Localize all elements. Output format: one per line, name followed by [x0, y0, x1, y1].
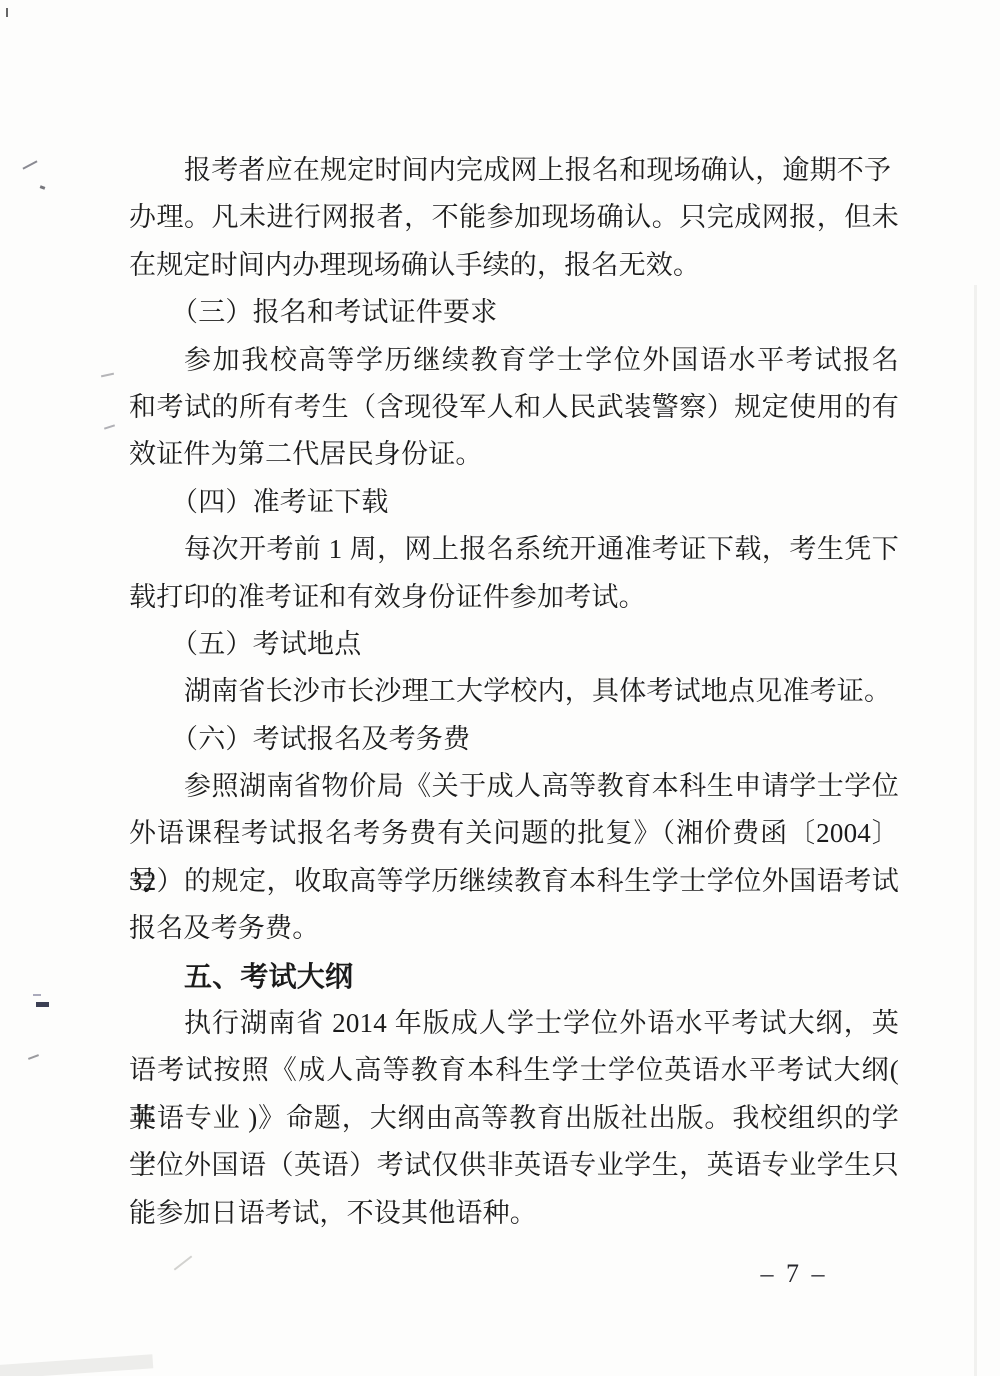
scan-artifact — [101, 373, 114, 378]
scan-artifact — [174, 1255, 193, 1270]
scanned-document-page: 报考者应在规定时间内完成网上报名和现场确认，逾期不予 办理。凡未进行网报者，不能… — [0, 0, 1000, 1376]
text-line: 报考者应在规定时间内完成网上报名和现场确认，逾期不予 — [129, 147, 899, 194]
section-heading: （四）准考证下载 — [129, 479, 899, 526]
scan-artifact — [104, 424, 115, 429]
scan-artifact — [22, 160, 37, 169]
scan-artifact — [0, 1354, 153, 1376]
text-line: 效证件为第二代居民身份证。 — [129, 431, 899, 478]
section-heading: （六）考试报名及考务费 — [129, 716, 899, 763]
scan-artifact — [36, 1002, 49, 1007]
text-line: 学位外国语（英语）考试仅供非英语专业学生，英语专业学生只 — [129, 1142, 899, 1189]
text-line: 语考试按照《成人高等教育本科生学士学位英语水平考试大纲( 非 — [129, 1047, 899, 1094]
text-line: 湖南省长沙市长沙理工大学校内，具体考试地点见准考证。 — [129, 668, 899, 715]
scan-artifact — [33, 994, 41, 996]
text-line: 和考试的所有考生（含现役军人和人民武装警察）规定使用的有 — [129, 384, 899, 431]
text-line: 参加我校高等学历继续教育学士学位外国语水平考试报名 — [129, 337, 899, 384]
text-line: 报名及考务费。 — [129, 905, 899, 952]
section-heading: （三）报名和考试证件要求 — [129, 289, 899, 336]
scan-artifact — [28, 1054, 39, 1060]
scan-artifact — [6, 8, 8, 17]
scan-artifact — [974, 285, 977, 1376]
text-line: 能参加日语考试，不设其他语种。 — [129, 1190, 899, 1237]
text-line: 每次开考前 1 周，网上报名系统开通准考证下载，考生凭下 — [129, 526, 899, 573]
text-line: 执行湖南省 2014 年版成人学士学位外语水平考试大纲，英 — [129, 1000, 899, 1047]
text-line: 载打印的准考证和有效身份证件参加考试。 — [129, 574, 899, 621]
text-line: 英语专业 )》命题，大纲由高等教育出版社出版。我校组织的学士 — [129, 1095, 899, 1142]
text-line: 号）的规定，收取高等学历继续教育本科生学士学位外国语考试 — [129, 858, 899, 905]
document-body: 报考者应在规定时间内完成网上报名和现场确认，逾期不予 办理。凡未进行网报者，不能… — [129, 147, 899, 1237]
text-line: 外语课程考试报名考务费有关问题的批复》（湘价费函〔2004〕32 — [129, 810, 899, 857]
page-number: – 7 – — [748, 1259, 840, 1289]
section-heading: （五）考试地点 — [129, 621, 899, 668]
text-line: 参照湖南省物价局《关于成人高等教育本科生申请学士学位 — [129, 763, 899, 810]
chapter-heading: 五、考试大纲 — [129, 953, 899, 1000]
text-line: 在规定时间内办理现场确认手续的，报名无效。 — [129, 242, 899, 289]
scan-artifact — [40, 185, 46, 190]
text-line: 办理。凡未进行网报者，不能参加现场确认。只完成网报，但未 — [129, 194, 899, 241]
